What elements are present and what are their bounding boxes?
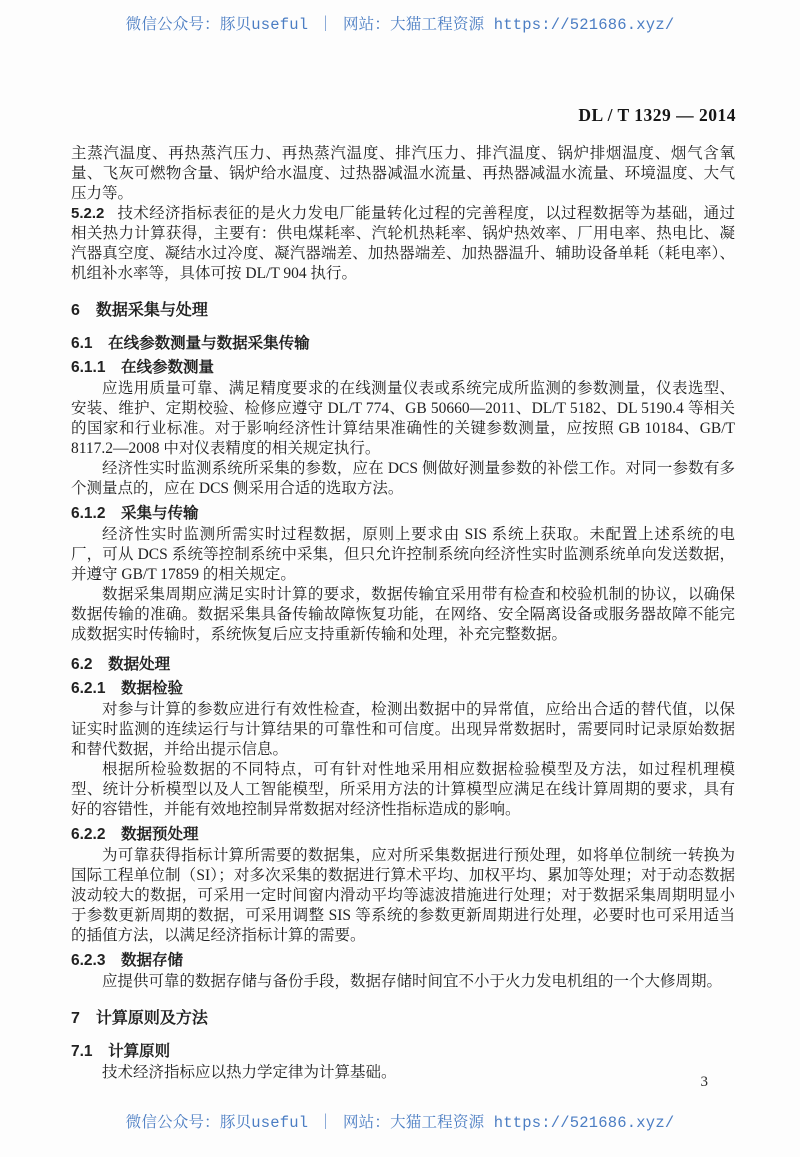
- heading-title: 计算原则: [108, 1043, 170, 1060]
- paragraph: 为可靠获得指标计算所需要的数据集，应对所采集数据进行预处理，如将单位制统一转换为…: [71, 846, 735, 946]
- heading-title: 数据预处理: [121, 826, 199, 843]
- clause-text: 技术经济指标表征的是火力发电厂能量转化过程的完善程度，以过程数据等为基础，通过相…: [71, 205, 735, 282]
- document-code-header: DL / T 1329 — 2014: [578, 105, 736, 126]
- heading-section-7-1: 7.1计算原则: [71, 1039, 735, 1061]
- heading-section-6-2: 6.2数据处理: [71, 652, 735, 674]
- heading-title: 在线参数测量: [121, 359, 214, 376]
- heading-title: 数据处理: [108, 656, 170, 673]
- page-number: 3: [701, 1074, 709, 1091]
- heading-number: 6.1.2: [71, 505, 105, 522]
- watermark-bottom: 微信公众号：豚贝useful ｜ 网站：大猫工程资源 https://52168…: [0, 1110, 800, 1132]
- heading-title: 在线参数测量与数据采集传输: [108, 335, 310, 352]
- heading-number: 7.1: [71, 1043, 93, 1060]
- heading-section-6-2-3: 6.2.3数据存储: [71, 948, 735, 970]
- clause-number: 5.2.2: [71, 205, 104, 222]
- heading-number: 6.2.3: [71, 952, 105, 969]
- document-page: { "page": { "watermark_top": "微信公众号：豚贝us…: [0, 0, 800, 1157]
- page-body: 主蒸汽温度、再热蒸汽压力、再热蒸汽温度、排汽压力、排汽温度、锅炉排烟温度、烟气含…: [71, 144, 735, 1083]
- heading-title: 数据检验: [121, 680, 183, 697]
- paragraph: 应提供可靠的数据存储与备份手段，数据存储时间宜不小于火力发电机组的一个大修周期。: [71, 972, 735, 992]
- paragraph-continued: 主蒸汽温度、再热蒸汽压力、再热蒸汽温度、排汽压力、排汽温度、锅炉排烟温度、烟气含…: [71, 144, 735, 204]
- heading-title: 数据采集与处理: [96, 302, 208, 319]
- heading-number: 6.2.1: [71, 680, 105, 697]
- heading-section-6-2-1: 6.2.1数据检验: [71, 676, 735, 698]
- heading-number: 6.2: [71, 656, 93, 673]
- heading-chapter-6: 6数据采集与处理: [71, 297, 735, 320]
- paragraph: 对参与计算的参数应进行有效性检查，检测出数据中的异常值，应给出合适的替代值，以保…: [71, 700, 735, 760]
- heading-number: 6.1: [71, 335, 93, 352]
- heading-number: 7: [71, 1010, 80, 1027]
- heading-section-6-1-1: 6.1.1在线参数测量: [71, 355, 735, 377]
- heading-title: 采集与传输: [121, 505, 199, 522]
- paragraph: 技术经济指标应以热力学定律为计算基础。: [71, 1063, 735, 1083]
- heading-number: 6.1.1: [71, 359, 105, 376]
- clause-5-2-2: 5.2.2技术经济指标表征的是火力发电厂能量转化过程的完善程度，以过程数据等为基…: [71, 204, 735, 284]
- paragraph: 经济性实时监测所需实时过程数据，原则上要求由 SIS 系统上获取。未配置上述系统…: [71, 525, 735, 585]
- heading-title: 计算原则及方法: [96, 1010, 208, 1027]
- heading-chapter-7: 7计算原则及方法: [71, 1005, 735, 1028]
- paragraph: 应选用质量可靠、满足精度要求的在线测量仪表或系统完成所监测的参数测量，仪表选型、…: [71, 379, 735, 459]
- watermark-top: 微信公众号：豚贝useful ｜ 网站：大猫工程资源 https://52168…: [0, 12, 800, 34]
- paragraph: 根据所检验数据的不同特点，可有针对性地采用相应数据检验模型及方法，如过程机理模型…: [71, 760, 735, 820]
- heading-number: 6.2.2: [71, 826, 105, 843]
- heading-section-6-1-2: 6.1.2采集与传输: [71, 501, 735, 523]
- heading-number: 6: [71, 302, 80, 319]
- paragraph: 数据采集周期应满足实时计算的要求，数据传输宜采用带有检查和校验机制的协议，以确保…: [71, 585, 735, 645]
- heading-section-6-2-2: 6.2.2数据预处理: [71, 822, 735, 844]
- heading-title: 数据存储: [121, 952, 183, 969]
- heading-section-6-1: 6.1在线参数测量与数据采集传输: [71, 331, 735, 353]
- paragraph: 经济性实时监测系统所采集的参数，应在 DCS 侧做好测量参数的补偿工作。对同一参…: [71, 459, 735, 499]
